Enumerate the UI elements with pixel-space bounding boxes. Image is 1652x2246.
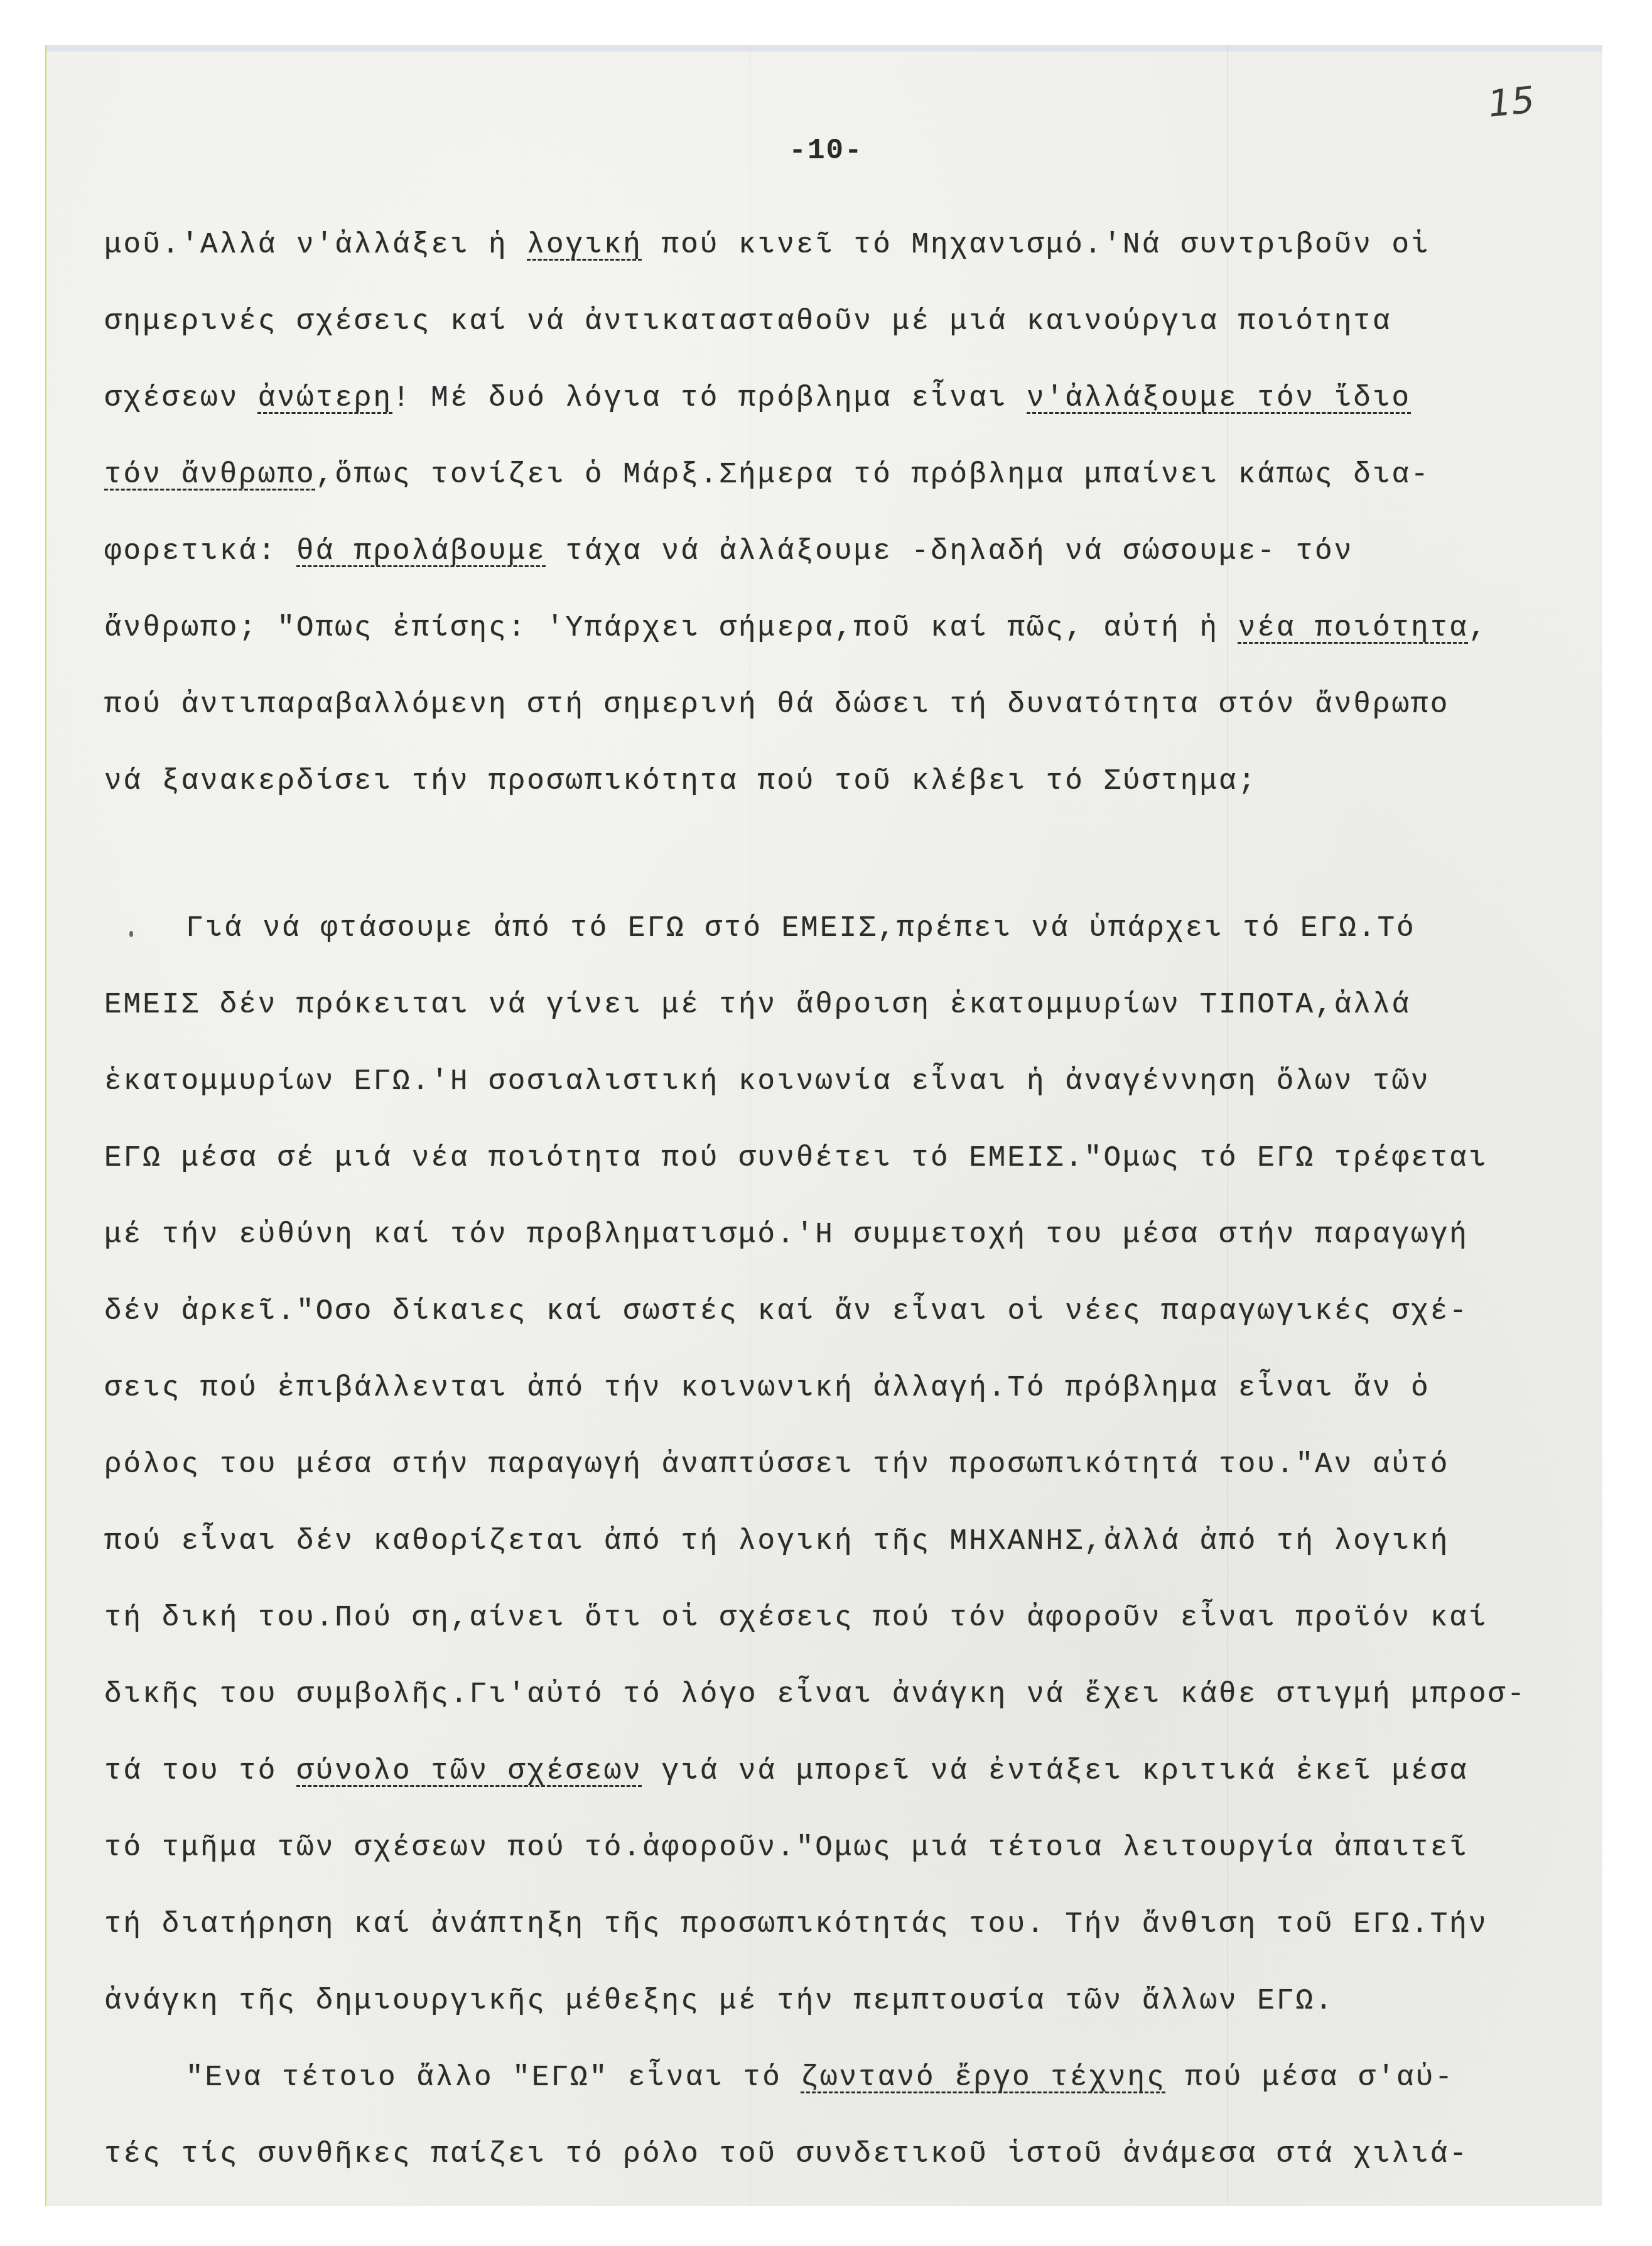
text-run: ἀνάγκη τῆς δημιουργικῆς μέθεξης μέ τήν π…	[104, 1985, 1334, 2017]
text-run: μέ τήν εὐθύνη καί τόν προβληματισμό.'Η σ…	[104, 1218, 1469, 1251]
text-line: ἄνθρωπο; "Οπως ἐπίσης: 'Υπάρχει σήμερα,π…	[104, 609, 1523, 686]
text-line: σεις πού ἐπιβάλλενται ἀπό τήν κοινωνική …	[104, 1369, 1523, 1446]
text-line: τό τμῆμα τῶν σχέσεων πού τό.ἀφοροῦν."Ομω…	[104, 1829, 1523, 1906]
text-line: μοῦ.'Αλλά ν'ἀλλάξει ἡ λογική πού κινεῖ τ…	[104, 226, 1523, 303]
text-run: νά ξανακερδίσει τήν προσωπικότητα πού το…	[104, 765, 1257, 798]
text-run: σημερινές σχέσεις καί νά ἀντικατασταθοῦν…	[104, 305, 1392, 338]
text-run: μοῦ.'Αλλά ν'ἀλλάξει ἡ	[104, 229, 527, 261]
text-run: ΕΓΩ μέσα σέ μιά νέα ποιότητα πού συνθέτε…	[104, 1142, 1488, 1175]
underlined-phrase: τόν ἄνθρωπο	[104, 458, 316, 491]
text-run: δέν ἀρκεῖ."Οσο δίκαιες καί σωστές καί ἄν…	[104, 1295, 1469, 1328]
text-run: ρόλος του μέσα στήν παραγωγή ἀναπτύσσει …	[104, 1448, 1449, 1481]
text-line: "Ενα τέτοιο ἄλλο "ΕΓΩ" εἶναι τό ζωντανό …	[104, 2059, 1523, 2135]
text-line: σημερινές σχέσεις καί νά ἀντικατασταθοῦν…	[104, 303, 1523, 379]
text-run: Γιά νά φτάσουμε ἀπό τό ΕΓΩ στό ΕΜΕΙΣ,πρέ…	[186, 912, 1416, 945]
text-line: ΕΓΩ μέσα σέ μιά νέα ποιότητα πού συνθέτε…	[104, 1139, 1523, 1216]
text-line: τή διατήρηση καί ἀνάπτηξη τῆς προσωπικότ…	[104, 1906, 1523, 1982]
text-run: ,	[1469, 612, 1488, 644]
text-line: τή δική του.Πού ση,αίνει ὅτι οἱ σχέσεις …	[104, 1599, 1523, 1676]
text-run: πού ἀντιπαραβαλλόμενη στή σημερινή θά δώ…	[104, 688, 1449, 721]
handwritten-sheet-number: 15	[1486, 78, 1537, 125]
underlined-phrase: ν'ἀλλάξουμε τόν ἴδιο	[1027, 382, 1411, 415]
text-line: νά ξανακερδίσει τήν προσωπικότητα πού το…	[104, 762, 1523, 839]
text-run: ἄνθρωπο; "Οπως ἐπίσης: 'Υπάρχει σήμερα,π…	[104, 612, 1238, 644]
underlined-phrase: νέα ποιότητα	[1238, 612, 1469, 644]
text-run: τή δική του.Πού ση,αίνει ὅτι οἱ σχέσεις …	[104, 1602, 1488, 1634]
underlined-phrase: ἀνώτερη	[258, 382, 392, 415]
text-run: τή διατήρηση καί ἀνάπτηξη τῆς προσωπικότ…	[104, 1908, 1488, 1941]
text-line: ΕΜΕΙΣ δέν πρόκειται νά γίνει μέ τήν ἄθρο…	[104, 986, 1523, 1063]
text-run: δικῆς του συμβολῆς.Γι'αὐτό τό λόγο εἶναι…	[104, 1678, 1526, 1711]
text-run: ,ὅπως τονίζει ὁ Μάρξ.Σήμερα τό πρόβλημα …	[316, 458, 1430, 491]
text-run: ΕΜΕΙΣ δέν πρόκειται νά γίνει μέ τήν ἄθρο…	[104, 989, 1411, 1021]
text-line: σχέσεων ἀνώτερη! Μέ δυό λόγια τό πρόβλημ…	[104, 379, 1523, 456]
text-run: ἑκατομμυρίων ΕΓΩ.'Η σοσιαλιστική κοινωνί…	[104, 1065, 1430, 1098]
text-line: τόν ἄνθρωπο,ὅπως τονίζει ὁ Μάρξ.Σήμερα τ…	[104, 456, 1523, 533]
page-number: -10-	[0, 134, 1652, 167]
text-line: πού εἶναι δέν καθορίζεται ἀπό τή λογική …	[104, 1522, 1523, 1599]
text-run: φορετικά:	[104, 535, 296, 568]
text-run: σχέσεων	[104, 382, 258, 415]
text-line: ἀνάγκη τῆς δημιουργικῆς μέθεξης μέ τήν π…	[104, 1982, 1523, 2059]
text-line: μέ τήν εὐθύνη καί τόν προβληματισμό.'Η σ…	[104, 1216, 1523, 1293]
text-line: πού ἀντιπαραβαλλόμενη στή σημερινή θά δώ…	[104, 686, 1523, 762]
text-line: ἑκατομμυρίων ΕΓΩ.'Η σοσιαλιστική κοινωνί…	[104, 1063, 1523, 1139]
text-run: τά του τό	[104, 1755, 296, 1788]
text-run: γιά νά μπορεῖ νά ἐντάξει κριτικά ἐκεῖ μέ…	[642, 1755, 1469, 1788]
text-run: τάχα νά ἀλλάξουμε -δηλαδή νά σώσουμε- τό…	[546, 535, 1353, 568]
text-run: σεις πού ἐπιβάλλενται ἀπό τήν κοινωνική …	[104, 1372, 1430, 1404]
text-line: φορετικά: θά προλάβουμε τάχα νά ἀλλάξουμ…	[104, 533, 1523, 609]
underlined-phrase: λογική	[527, 229, 642, 261]
text-line: τά του τό σύνολο τῶν σχέσεων γιά νά μπορ…	[104, 1752, 1523, 1829]
text-line: δικῆς του συμβολῆς.Γι'αὐτό τό λόγο εἶναι…	[104, 1676, 1523, 1752]
text-line: ρόλος του μέσα στήν παραγωγή ἀναπτύσσει …	[104, 1446, 1523, 1522]
text-run: πού μέσα σ'αὐ-	[1166, 2061, 1454, 2094]
text-run: τές τίς συνθῆκες παίζει τό ρόλο τοῦ συνδ…	[104, 2138, 1469, 2171]
text-run: "Ενα τέτοιο ἄλλο "ΕΓΩ" εἶναι τό	[186, 2061, 801, 2094]
text-line: δέν ἀρκεῖ."Οσο δίκαιες καί σωστές καί ἄν…	[104, 1293, 1523, 1369]
text-run: πού κινεῖ τό Μηχανισμό.'Νά συντριβοῦν οἱ	[642, 229, 1430, 261]
underlined-phrase: ζωντανό ἔργο τέχνης	[801, 2061, 1166, 2094]
text-run: ! Μέ δυό λόγια τό πρόβλημα εἶναι	[392, 382, 1027, 415]
text-run: τό τμῆμα τῶν σχέσεων πού τό.ἀφοροῦν."Ομω…	[104, 1831, 1469, 1864]
underlined-phrase: σύνολο τῶν σχέσεων	[296, 1755, 642, 1788]
text-run: πού εἶναι δέν καθορίζεται ἀπό τή λογική …	[104, 1525, 1449, 1558]
text-line: τές τίς συνθῆκες παίζει τό ρόλο τοῦ συνδ…	[104, 2135, 1523, 2212]
underlined-phrase: θά προλάβουμε	[296, 535, 546, 568]
typed-body-text: μοῦ.'Αλλά ν'ἀλλάξει ἡ λογική πού κινεῖ τ…	[104, 226, 1523, 2212]
paragraph-gap	[104, 839, 1523, 909]
text-line: Γιά νά φτάσουμε ἀπό τό ΕΓΩ στό ΕΜΕΙΣ,πρέ…	[104, 909, 1523, 986]
